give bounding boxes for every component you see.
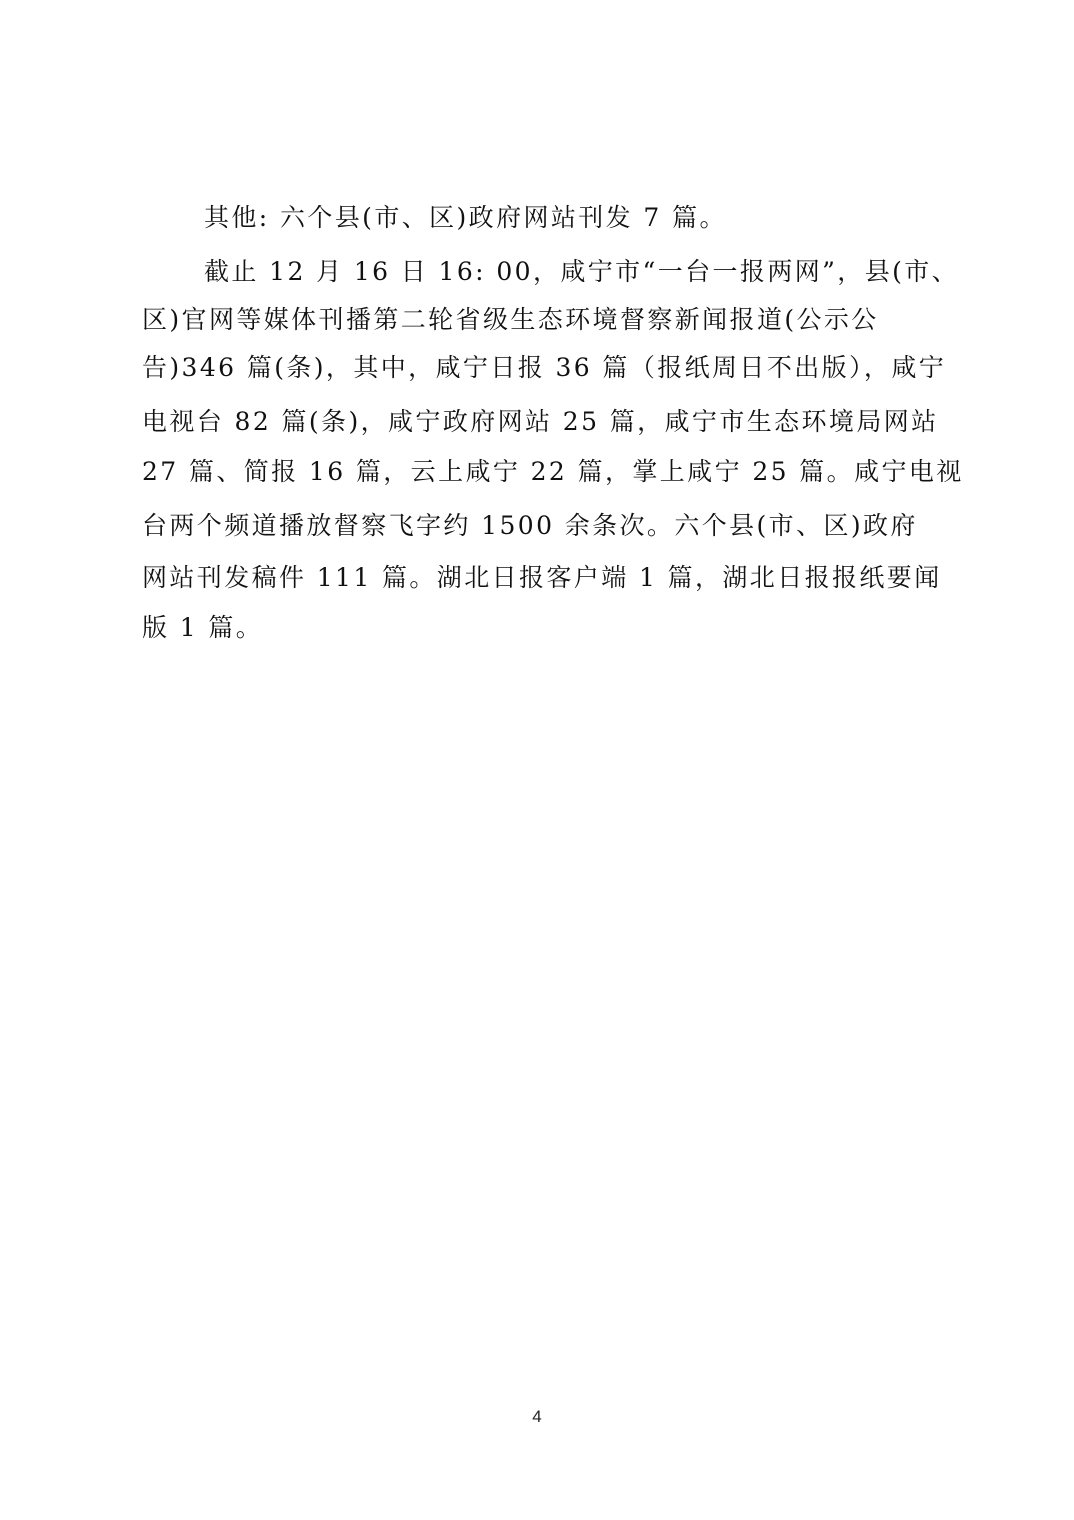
paragraph-summary-line-4: 电视台 82 篇(条)，咸宁政府网站 25 篇，咸宁市生态环境局网站 (142, 402, 939, 442)
paragraph-summary-line-7: 网站刊发稿件 111 篇。湖北日报客户端 1 篇，湖北日报报纸要闻 (142, 558, 942, 598)
paragraph-summary-line-2: 区)官网等媒体刊播第二轮省级生态环境督察新闻报道(公示公 (142, 300, 879, 340)
page-number: 4 (527, 1407, 547, 1427)
paragraph-summary-line-5: 27 篇、简报 16 篇，云上咸宁 22 篇，掌上咸宁 25 篇。咸宁电视 (142, 452, 964, 492)
paragraph-summary-line-8: 版 1 篇。 (142, 608, 263, 648)
paragraph-other-line-1: 其他: 六个县(市、区)政府网站刊发 7 篇。 (204, 198, 727, 238)
paragraph-summary-line-3: 告)346 篇(条)，其中，咸宁日报 36 篇（报纸周日不出版），咸宁 (142, 348, 946, 388)
paragraph-summary-line-1: 截止 12 月 16 日 16: 00，咸宁市“一台一报两网”，县(市、 (204, 252, 959, 292)
document-page: 其他: 六个县(市、区)政府网站刊发 7 篇。 截止 12 月 16 日 16:… (0, 0, 1074, 1520)
paragraph-summary-line-6: 台两个频道播放督察飞字约 1500 余条次。六个县(市、区)政府 (142, 506, 918, 546)
